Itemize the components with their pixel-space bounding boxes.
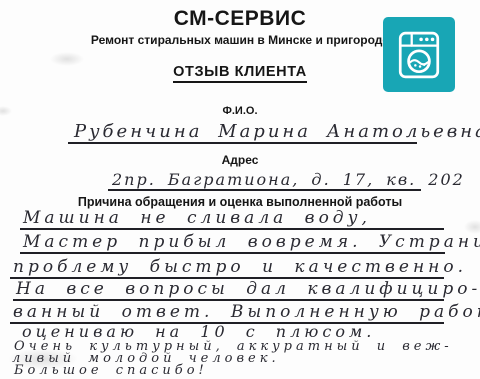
review-handwriting: Мастер прибыл вовремя. Устранил	[20, 232, 480, 252]
fio-handwritten-value: Рубенчина Марина Анатольевна	[68, 112, 417, 144]
address-handwriting: 2пр. Багратиона, д. 17, кв. 202	[108, 170, 465, 189]
review-handwriting: Большое спасибо!	[14, 363, 208, 378]
review-line-1: Машина не сливала воду,	[20, 203, 444, 230]
review-handwriting: На все вопросы дал квалифициро-	[13, 279, 480, 299]
washing-machine-icon	[396, 30, 442, 80]
review-handwriting: проблему быстро и качественно.	[10, 257, 467, 277]
company-logo	[383, 17, 455, 92]
review-line-9: Большое спасибо!	[14, 364, 474, 378]
review-line-6: оцениваю на 10 с плюсом.	[22, 321, 442, 341]
review-handwriting: Машина не сливала воду,	[20, 208, 371, 228]
review-handwriting: ванный ответ. Выполненную работу	[10, 302, 480, 322]
review-line-2: Мастер прибыл вовремя. Устранил	[20, 228, 445, 254]
form-title-text: ОТЗЫВ КЛИЕНТА	[173, 64, 307, 83]
client-review-form: СМ-СЕРВИС Ремонт стиральных машин в Минс…	[0, 0, 480, 379]
fio-handwriting: Рубенчина Марина Анатольевна	[68, 121, 480, 142]
address-handwritten-value: 2пр. Багратиона, д. 17, кв. 202	[108, 161, 421, 191]
